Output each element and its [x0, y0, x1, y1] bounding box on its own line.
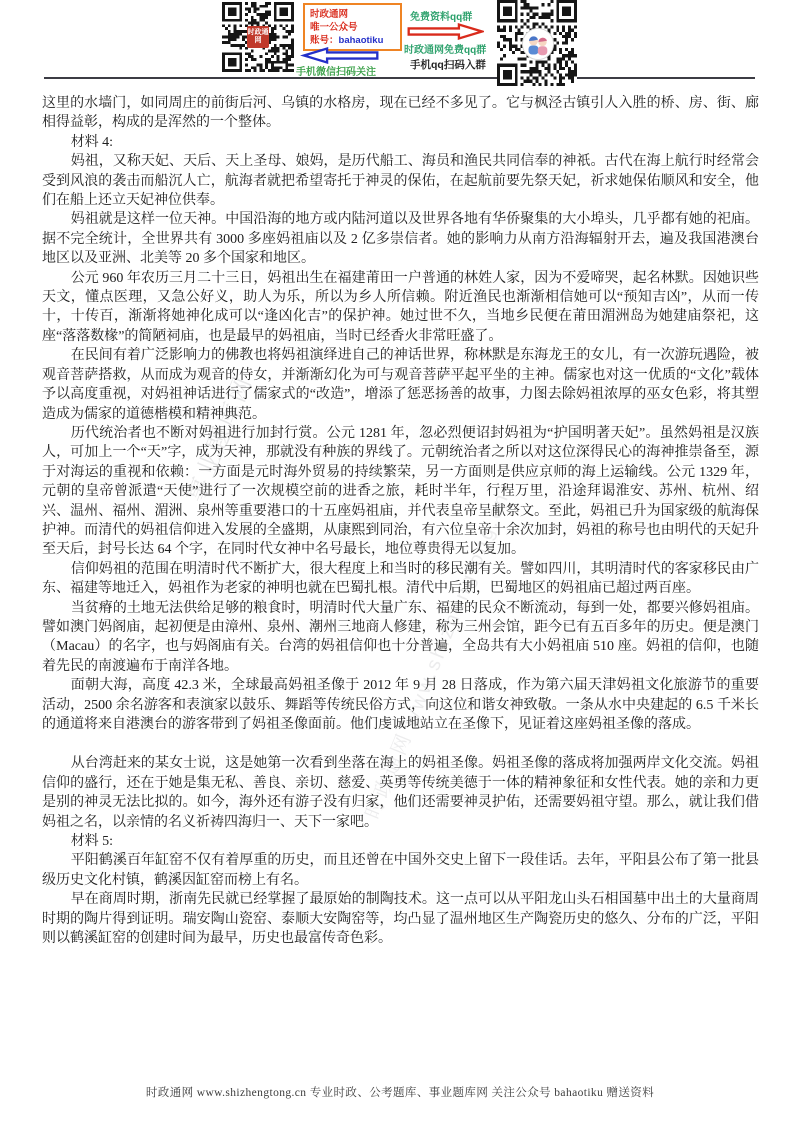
paragraph: 平阳鹤溪百年缸窑不仅有着厚重的历史，而且还曾在中国外交史上留下一段佳话。去年，平… — [42, 851, 759, 890]
wechat-caption: 手机微信扫码关注 — [296, 63, 376, 78]
paragraph: 早在商周时期，浙南先民就已经掌握了最原始的制陶技术。这一点可以从平阳龙山头石相国… — [42, 890, 759, 948]
paragraph: 材料 4: — [42, 133, 759, 152]
paragraph: 面朝大海，高度 42.3 米，全球最高妈祖圣像于 2012 年 9 月 28 日… — [42, 676, 759, 734]
paragraph: 公元 960 年农历三月二十三日，妈祖出生在福建莆田一户普通的林姓人家，因为不爱… — [42, 269, 759, 347]
paragraph: 当贫瘠的土地无法供给足够的粮食时，明清时代大量广东、福建的民众不断流动，每到一处… — [42, 599, 759, 677]
qq-caption: 手机qq扫码入群 — [410, 57, 486, 72]
account-info-box: 时政通网 唯一公众号 账号：bahaotiku — [303, 3, 402, 51]
seal-logo: 时政通网 — [247, 26, 269, 48]
promo-line2: 唯一公众号 — [310, 21, 395, 34]
paragraph: 信仰妈祖的范围在明清时代不断扩大，很大程度上和当时的移民潮有关。譬如四川，其明清… — [42, 560, 759, 599]
paragraph: 这里的水墙门，如同周庄的前街后河、乌镇的水格房，现在已经不多见了。它与枫泾古镇引… — [42, 94, 759, 133]
paragraph: 在民间有着广泛影响力的佛教也将妈祖演绎进自己的神话世界，称林默是东海龙王的女儿，… — [42, 346, 759, 424]
paragraph: 历代统治者也不断对妈祖进行加封行赏。公元 1281 年，忽必烈便诏封妈祖为“护国… — [42, 424, 759, 560]
document-page: 时政通网 时政通网 唯一公众号 账号：bahaotiku 手机微信扫码关注 免费… — [0, 0, 800, 1132]
right-arrow-icon — [406, 23, 484, 40]
qq-free-label: 免费资料qq群 — [410, 8, 472, 23]
left-arrow-icon — [300, 47, 382, 64]
header-divider — [44, 77, 755, 79]
document-body: 这里的水墙门，如同周庄的前街后河、乌镇的水格房，现在已经不多见了。它与枫泾古镇引… — [42, 94, 759, 948]
paragraph: 材料 5: — [42, 832, 759, 851]
paragraph: 妈祖，又称天妃、天后、天上圣母、娘妈，是历代船工、海员和渔民共同信奉的神祇。古代… — [42, 152, 759, 210]
page-footer: 时政通网 www.shizhengtong.cn 专业时政、公考题库、事业题库网… — [0, 1084, 800, 1100]
qq-avatar — [522, 28, 554, 60]
promo-account: 账号：bahaotiku — [310, 34, 395, 47]
promo-line1: 时政通网 — [310, 8, 395, 21]
paragraph: 从台湾赶来的某女士说，这是她第一次看到坐落在海上的妈祖圣像。妈祖圣像的落成将加强… — [42, 754, 759, 832]
paragraph: 妈祖就是这样一位天神。中国沿海的地方或内陆河道以及世界各地有华侨聚集的大小埠头，… — [42, 210, 759, 268]
qq-group-name: 时政通网免费qq群 — [404, 41, 486, 56]
